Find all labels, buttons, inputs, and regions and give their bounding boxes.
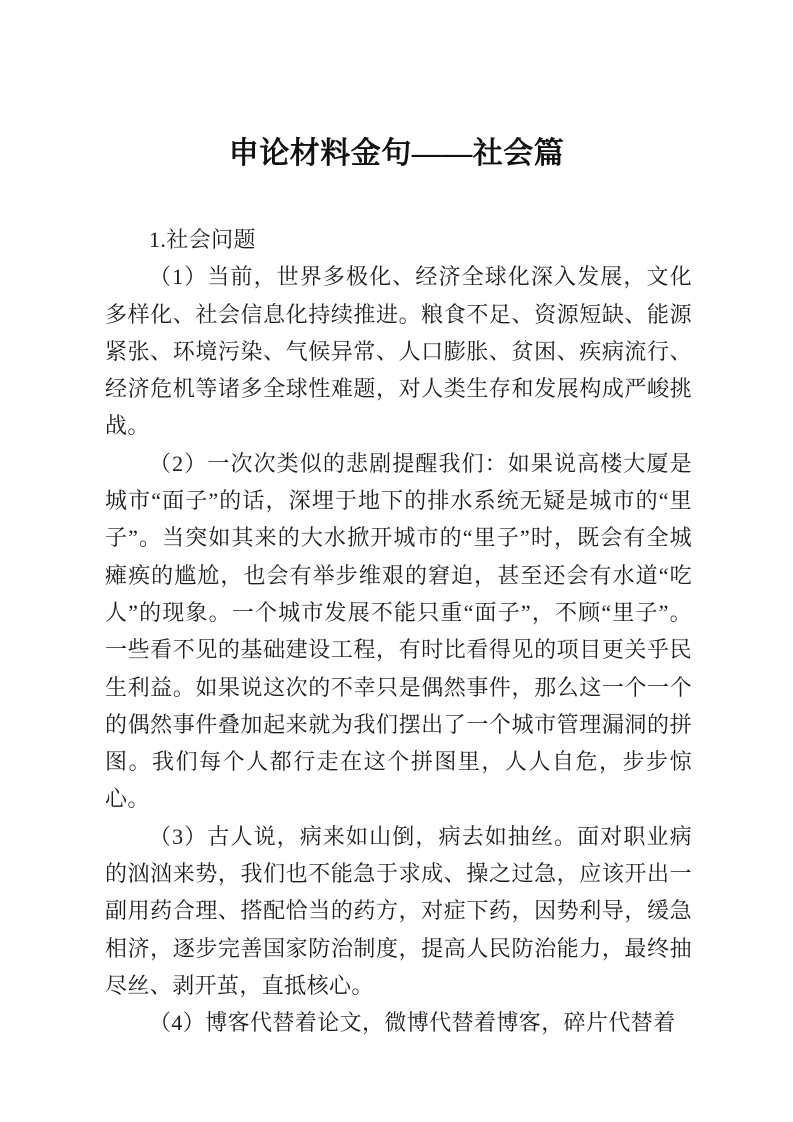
paragraph: （3）古人说，病来如山倒，病去如抽丝。面对职业病的汹汹来势，我们也不能急于求成、… (105, 818, 692, 1004)
paragraph: （2）一次次类似的悲剧提醒我们：如果说高楼大厦是城市“面子”的话，深埋于地下的排… (105, 445, 692, 818)
paragraph: （1）当前，世界多极化、经济全球化深入发展，文化多样化、社会信息化持续推进。粮食… (105, 258, 692, 444)
paragraph: （4）博客代替着论文，微博代替着博客，碎片代替着 (105, 1004, 692, 1041)
document-page: 申论材料金句——社会篇 1.社会问题 （1）当前，世界多极化、经济全球化深入发展… (0, 0, 793, 1122)
section-heading: 1.社会问题 (105, 221, 692, 258)
paragraph-list: （1）当前，世界多极化、经济全球化深入发展，文化多样化、社会信息化持续推进。粮食… (105, 258, 692, 1041)
document-body: 1.社会问题 （1）当前，世界多极化、经济全球化深入发展，文化多样化、社会信息化… (0, 221, 793, 1042)
document-title: 申论材料金句——社会篇 (0, 136, 793, 172)
